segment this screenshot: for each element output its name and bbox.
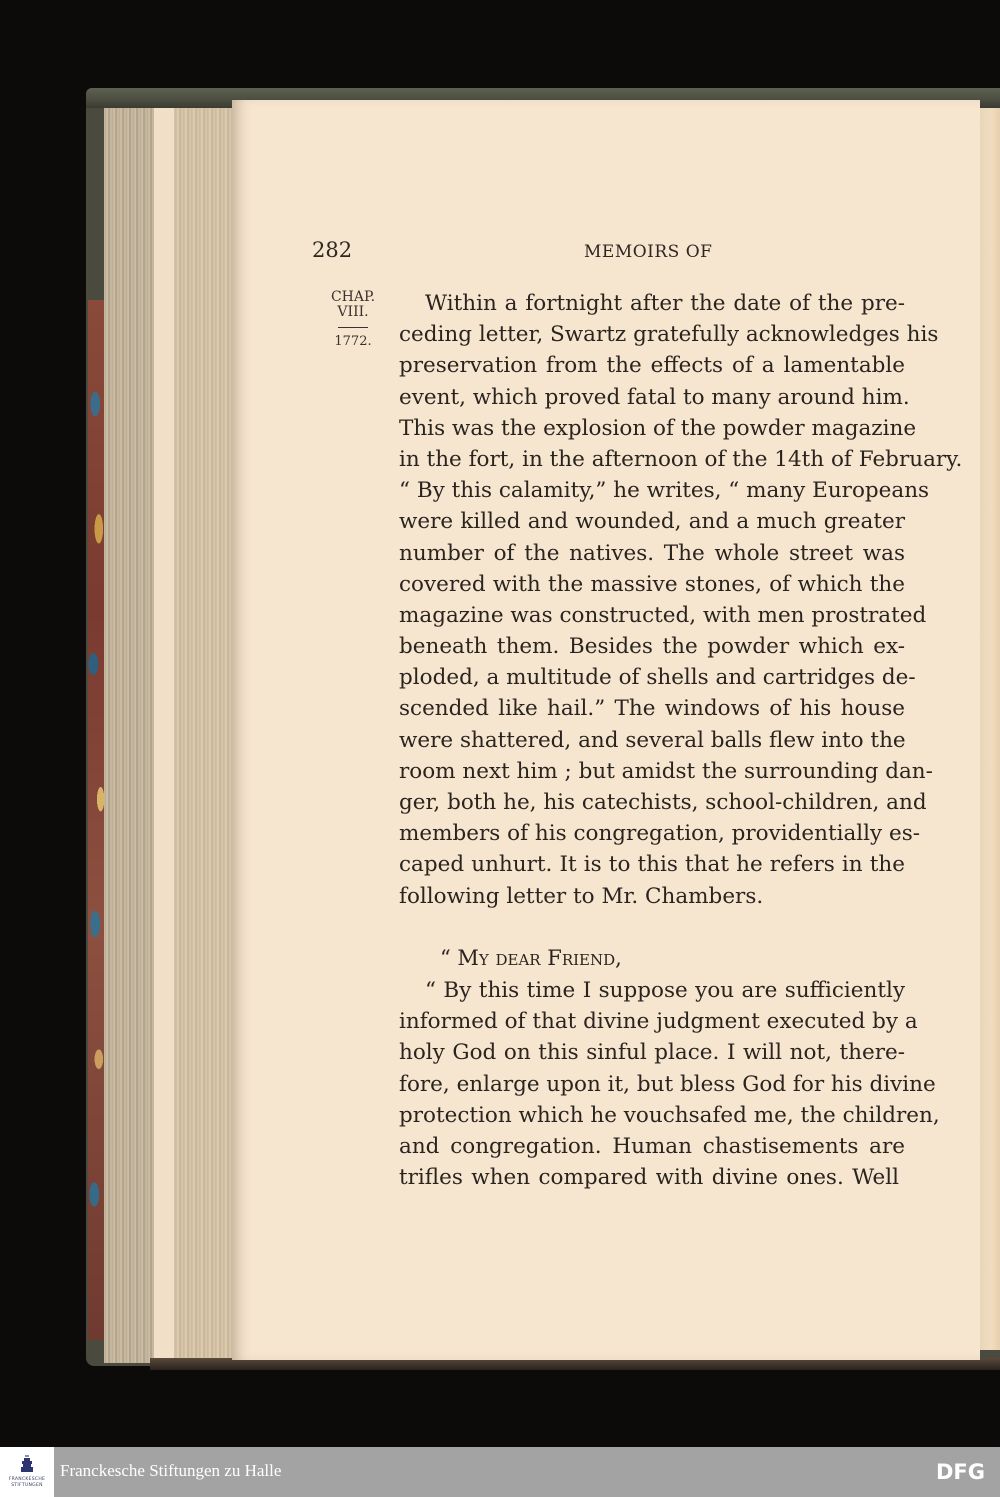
text-line: trifles when compared with divine ones. … [399, 1162, 899, 1193]
page-number: 282 [312, 238, 352, 262]
text-line: “ By this time I suppose you are suffici… [399, 975, 905, 1006]
chapter-label: CHAP. [322, 290, 384, 305]
text-line: were killed and wounded, and a much grea… [399, 506, 905, 537]
text-line: “ By this calamity,” he writes, “ many E… [399, 475, 905, 506]
margin-note: CHAP. VIII. 1772. [322, 290, 384, 349]
text-line: and congregation. Human chastisements ar… [399, 1131, 905, 1162]
letter-salutation: “ My dear Friend, [440, 946, 622, 970]
chapter-number: VIII. [322, 305, 384, 320]
body-paragraph: Within a fortnight after the date of the… [399, 288, 905, 912]
text-line: members of his congregation, providentia… [399, 818, 905, 849]
page-block-edge-mid [154, 108, 174, 1360]
letter-paragraph: “ By this time I suppose you are suffici… [399, 975, 905, 1193]
text-line: room next him ; but amidst the surroundi… [399, 756, 905, 787]
text-line: caped unhurt. It is to this that he refe… [399, 849, 905, 880]
margin-year: 1772. [322, 334, 384, 349]
text-line: protection which he vouchsafed me, the c… [399, 1100, 905, 1131]
text-line: Within a fortnight after the date of the… [399, 288, 905, 319]
text-line: holy God on this sinful place. I will no… [399, 1037, 905, 1068]
dfg-logo-icon[interactable]: DFG [936, 1460, 985, 1484]
text-line: ger, both he, his catechists, school-chi… [399, 787, 905, 818]
text-line: beneath them. Besides the powder which e… [399, 631, 905, 662]
text-line: informed of that divine judgment execute… [399, 1006, 905, 1037]
running-head: 282 MEMOIRS OF [312, 238, 912, 268]
footer-bar: FRANCKESCHE STIFTUNGEN Franckesche Stift… [0, 1447, 1000, 1497]
franckesche-logo-icon [20, 1455, 34, 1473]
text-line: ploded, a multitude of shells and cartri… [399, 662, 905, 693]
text-line: following letter to Mr. Chambers. [399, 881, 905, 912]
page-block-edge-inner [174, 108, 240, 1366]
text-line: in the fort, in the afternoon of the 14t… [399, 444, 905, 475]
margin-rule [338, 327, 368, 328]
page-block-edge-left [104, 108, 156, 1363]
text-line: This was the explosion of the powder mag… [399, 413, 905, 444]
text-line: scended like hail.” The windows of his h… [399, 693, 905, 724]
text-line: were shattered, and several balls flew i… [399, 725, 905, 756]
text-line: magazine was constructed, with men prost… [399, 600, 905, 631]
institution-logo[interactable]: FRANCKESCHE STIFTUNGEN [0, 1447, 54, 1497]
text-line: covered with the massive stones, of whic… [399, 569, 905, 600]
text-line: ceding letter, Swartz gratefully acknowl… [399, 319, 905, 350]
text-line: fore, enlarge upon it, but bless God for… [399, 1069, 905, 1100]
institution-name: Franckesche Stiftungen zu Halle [60, 1461, 281, 1481]
text-line: preservation from the effects of a lamen… [399, 350, 905, 381]
facing-page-edge [978, 108, 1000, 1350]
logo-caption: FRANCKESCHE STIFTUNGEN [0, 1477, 54, 1489]
text-line: event, which proved fatal to many around… [399, 382, 905, 413]
running-head-title: MEMOIRS OF [584, 242, 712, 262]
text-line: number of the natives. The whole street … [399, 538, 905, 569]
